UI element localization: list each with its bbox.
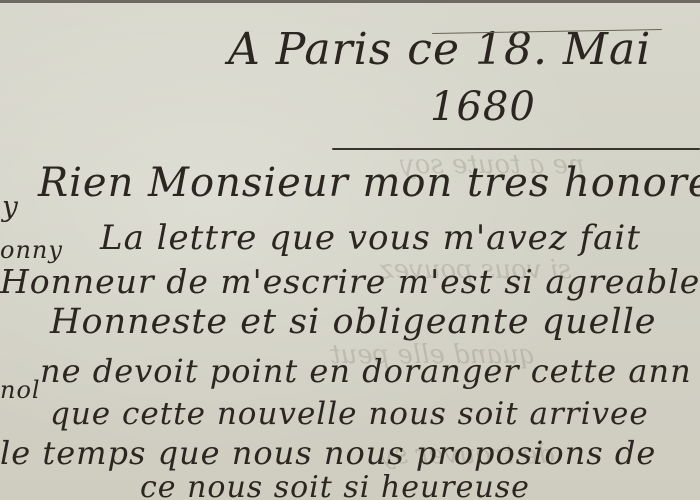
margin-fragment: onny	[0, 236, 63, 264]
letter-line: Rien Monsieur mon tres honore	[38, 160, 700, 206]
letter-line: que cette nouvelle nous soit arrivee	[50, 396, 649, 432]
year-line: 1680	[430, 84, 536, 130]
manuscript-page: ne a toute soy si vous pouvez quand elle…	[0, 0, 700, 500]
letter-line: ne devoit point en doranger cette ann	[40, 352, 692, 390]
margin-fragment: y	[2, 190, 19, 223]
letter-line: Honneur de m'escrire m'est si agreable	[0, 262, 700, 301]
heading-underline-rule	[332, 148, 700, 150]
letter-line: ce nous soit si heureuse	[140, 470, 530, 500]
page-top-edge	[0, 0, 700, 3]
letter-line: Honneste et si obligeante quelle	[50, 302, 657, 342]
letter-line: La lettre que vous m'avez fait	[100, 218, 641, 258]
margin-fragment: nol	[0, 376, 41, 404]
place-date-line: A Paris ce 18. Mai	[228, 24, 651, 75]
letter-line: le temps que nous nous proposions de	[0, 434, 656, 472]
